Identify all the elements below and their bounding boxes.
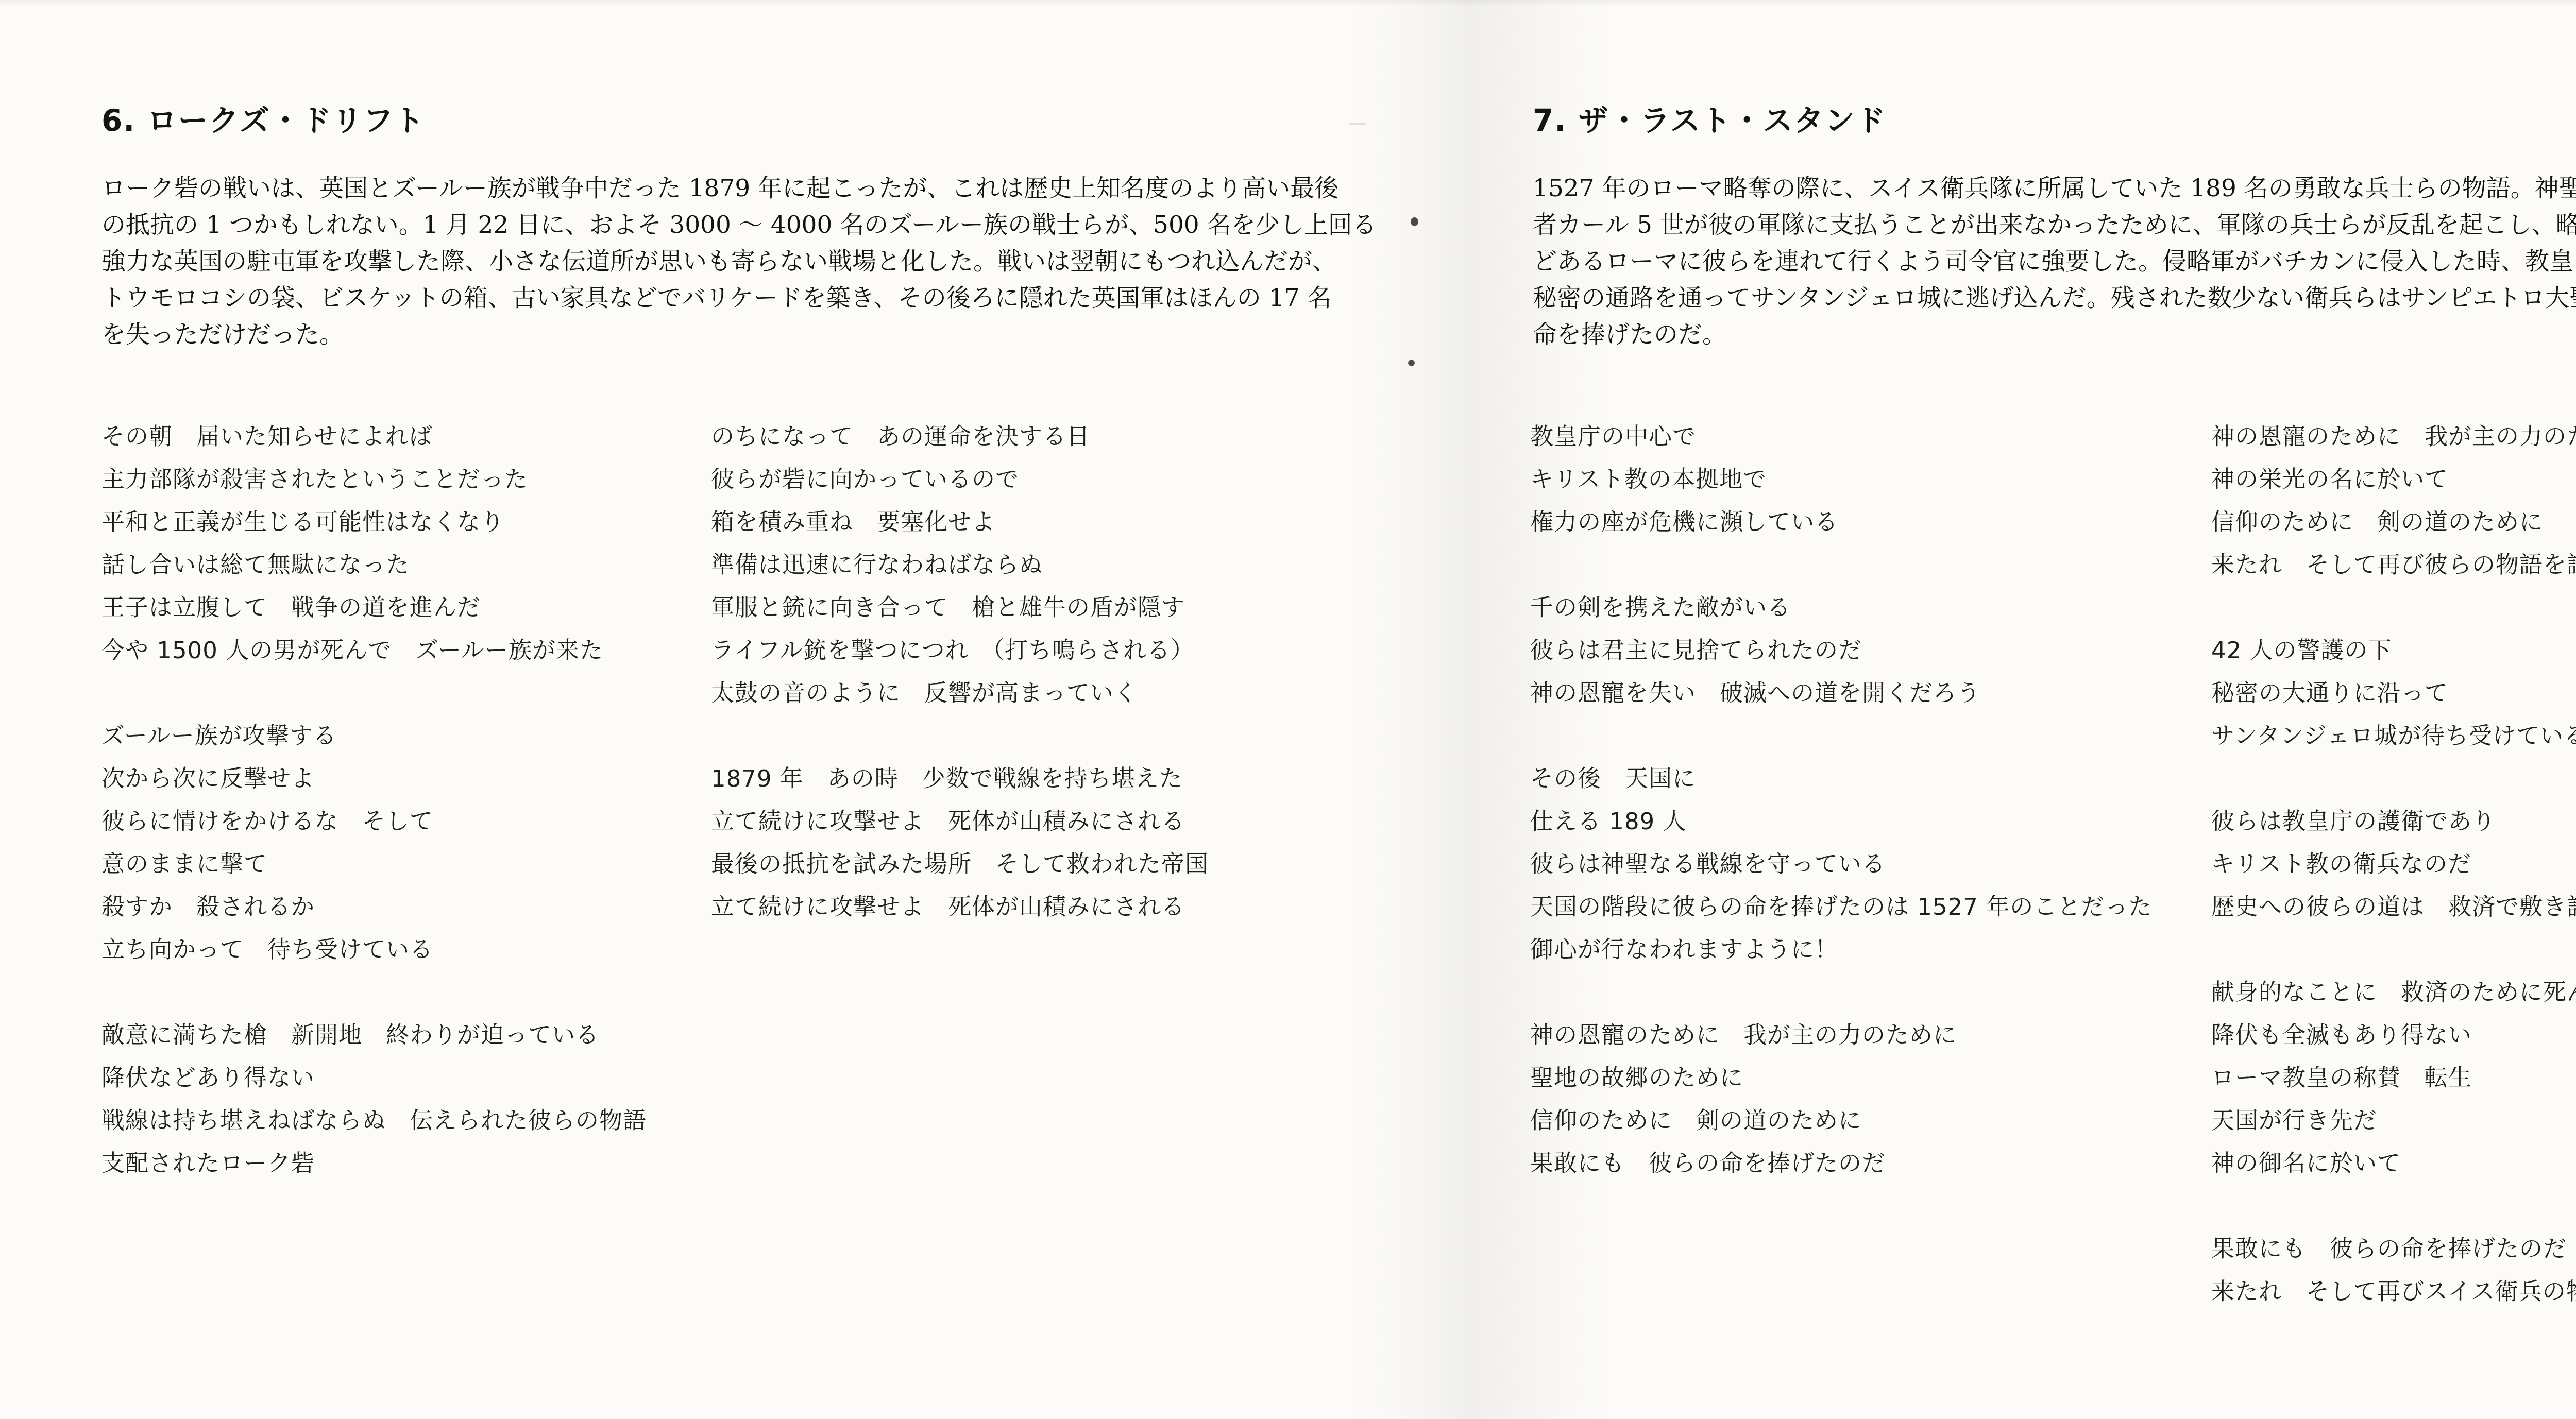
- lyric-line: 王子は立腹して 戦争の道を進んだ: [101, 586, 647, 629]
- lyric-line: 立ち向かって 待ち受けている: [101, 928, 647, 971]
- stanza: 果敢にも 彼らの命を捧げたのだ来たれ そして再びスイス衛兵の物語を語れ: [2211, 1227, 2576, 1313]
- lyric-line: 降伏も全滅もあり得ない: [2211, 1014, 2576, 1056]
- lyric-line: 御心が行なわれますように！: [1530, 928, 2152, 971]
- lyric-line: 天国の階段に彼らの命を捧げたのは 1527 年のことだった: [1530, 885, 2152, 928]
- stanza: 教皇庁の中心でキリスト教の本拠地で権力の座が危機に瀕している: [1530, 415, 2152, 543]
- intro-line: ローク砦の戦いは、英国とズールー族が戦争中だった 1879 年に起こったが、これ…: [101, 170, 1341, 207]
- stanza: のちになって あの運命を決する日彼らが砦に向かっているので箱を積み重ね 要塞化せ…: [711, 415, 1209, 714]
- stanza: 42 人の警護の下秘密の大通りに沿ってサンタンジェロ城が待ち受けている: [2211, 629, 2576, 757]
- lyric-line: 意のままに撃て: [101, 843, 647, 885]
- lyric-line: 歴史への彼らの道は 救済で敷き詰められている: [2211, 885, 2576, 928]
- lyric-line: 今や 1500 人の男が死んで ズールー族が来た: [101, 629, 647, 672]
- lyric-line: 彼らに情けをかけるな そして: [101, 800, 647, 843]
- stanza: 献身的なことに 救済のために死んでいく降伏も全滅もあり得ないローマ教皇の称賛 転…: [2211, 971, 2576, 1185]
- lyric-line: 神の栄光の名に於いて: [2211, 458, 2576, 501]
- intro-line: 1527 年のローマ略奪の際に、スイス衛兵隊に所属していた 189 名の勇敢な兵…: [1533, 170, 2576, 207]
- lyric-line: ライフル銃を撃つにつれ （打ち鳴らされる）: [711, 629, 1209, 672]
- lyric-line: 聖地の故郷のために: [1530, 1056, 2152, 1099]
- stanza: ズールー族が攻撃する次から次に反撃せよ彼らに情けをかけるな そして意のままに撃て…: [101, 714, 647, 971]
- lyric-line: 秘密の大通りに沿って: [2211, 672, 2576, 714]
- lyric-line: キリスト教の本拠地で: [1530, 458, 2152, 501]
- lyric-line: 来たれ そして再びスイス衛兵の物語を語れ: [2211, 1270, 2576, 1313]
- intro-line: どあるローマに彼らを連れて行くよう司令官に強要した。侵略軍がバチカンに侵入した時…: [1533, 243, 2576, 280]
- lyric-line: その後 天国に: [1530, 757, 2152, 800]
- lyric-line: 軍服と銃に向き合って 槍と雄牛の盾が隠す: [711, 586, 1209, 629]
- stanza: 1879 年 あの時 少数で戦線を持ち堪えた立て続けに攻撃せよ 死体が山積みにさ…: [711, 757, 1209, 928]
- lyric-line: 神の恩寵のために 我が主の力のために: [2211, 415, 2576, 458]
- intro-line: の抵抗の 1 つかもしれない。1 月 22 日に、およそ 3000 〜 4000…: [101, 207, 1341, 243]
- intro-line: トウモロコシの袋、ビスケットの箱、古い家具などでバリケードを築き、その後ろに隠れ…: [101, 280, 1341, 316]
- lyric-line: 果敢にも 彼らの命を捧げたのだ: [1530, 1142, 2152, 1185]
- stanza: 神の恩寵のために 我が主の力のために聖地の故郷のために信仰のために 剣の道のため…: [1530, 1014, 2152, 1185]
- intro-line: 命を捧げたのだ。: [1533, 316, 2576, 353]
- lyric-line: 準備は迅速に行なわねばならぬ: [711, 543, 1209, 586]
- lyric-line: 立て続けに攻撃せよ 死体が山積みにされる: [711, 885, 1209, 928]
- lyric-line: のちになって あの運命を決する日: [711, 415, 1209, 458]
- intro-line: を失っただけだった。: [101, 316, 1341, 353]
- lyric-line: 彼らは君主に見捨てられたのだ: [1530, 629, 2152, 672]
- track6-intro-paragraph: ローク砦の戦いは、英国とズールー族が戦争中だった 1879 年に起こったが、これ…: [101, 170, 1341, 353]
- lyric-line: その朝 届いた知らせによれば: [101, 415, 647, 458]
- lyric-line: 敵意に満ちた槍 新開地 終わりが迫っている: [101, 1014, 647, 1056]
- track6-title: 6. ロークズ・ドリフト: [101, 105, 425, 136]
- lyric-line: 平和と正義が生じる可能性はなくなり: [101, 501, 647, 543]
- lyric-line: 戦線は持ち堪えねばならぬ 伝えられた彼らの物語: [101, 1099, 647, 1142]
- lyric-line: 仕える 189 人: [1530, 800, 2152, 843]
- lyric-line: 権力の座が危機に瀕している: [1530, 501, 2152, 543]
- lyric-line: 彼らは教皇庁の護衛であり: [2211, 800, 2576, 843]
- lyric-line: 彼らは神聖なる戦線を守っている: [1530, 843, 2152, 885]
- lyric-line: 果敢にも 彼らの命を捧げたのだ: [2211, 1227, 2576, 1270]
- lyric-line: 彼らが砦に向かっているので: [711, 458, 1209, 501]
- lyric-line: 千の剣を携えた敵がいる: [1530, 586, 2152, 629]
- stanza: 神の恩寵のために 我が主の力のために神の栄光の名に於いて信仰のために 剣の道のた…: [2211, 415, 2576, 586]
- lyric-line: 神の恩寵を失い 破滅への道を開くだろう: [1530, 672, 2152, 714]
- lyric-line: 神の御名に於いて: [2211, 1142, 2576, 1185]
- lyric-line: 42 人の警護の下: [2211, 629, 2576, 672]
- lyric-line: サンタンジェロ城が待ち受けている: [2211, 714, 2576, 757]
- track7-title: 7. ザ・ラスト・スタンド: [1533, 105, 1887, 136]
- lyric-line: 信仰のために 剣の道のために: [1530, 1099, 2152, 1142]
- intro-line: 者カール 5 世が彼の軍隊に支払うことが出来なかったために、軍隊の兵士らが反乱を…: [1533, 207, 2576, 243]
- lyric-line: 箱を積み重ね 要塞化せよ: [711, 501, 1209, 543]
- lyric-line: 殺すか 殺されるか: [101, 885, 647, 928]
- lyric-line: 降伏などあり得ない: [101, 1056, 647, 1099]
- lyric-line: 教皇庁の中心で: [1530, 415, 2152, 458]
- lyric-line: ローマ教皇の称賛 転生: [2211, 1056, 2576, 1099]
- lyric-line: キリスト教の衛兵なのだ: [2211, 843, 2576, 885]
- intro-line: 強力な英国の駐屯軍を攻撃した際、小さな伝道所が思いも寄らない戦場と化した。戦いは…: [101, 243, 1341, 280]
- intro-line: 秘密の通路を通ってサンタンジェロ城に逃げ込んだ。残された数少ない衛兵らはサンピエ…: [1533, 280, 2576, 316]
- lyric-line: 来たれ そして再び彼らの物語を語れ: [2211, 543, 2576, 586]
- lyric-line: 話し合いは総て無駄になった: [101, 543, 647, 586]
- lyric-line: 立て続けに攻撃せよ 死体が山積みにされる: [711, 800, 1209, 843]
- stanza: その後 天国に仕える 189 人彼らは神聖なる戦線を守っている天国の階段に彼らの…: [1530, 757, 2152, 971]
- lyric-line: 太鼓の音のように 反響が高まっていく: [711, 672, 1209, 714]
- lyric-line: 最後の抵抗を試みた場所 そして救われた帝国: [711, 843, 1209, 885]
- lyric-line: 1879 年 あの時 少数で戦線を持ち堪えた: [711, 757, 1209, 800]
- lyric-line: ズールー族が攻撃する: [101, 714, 647, 757]
- lyric-line: 神の恩寵のために 我が主の力のために: [1530, 1014, 2152, 1056]
- lyric-line: 主力部隊が殺害されたということだった: [101, 458, 647, 501]
- track7-intro-paragraph: 1527 年のローマ略奪の際に、スイス衛兵隊に所属していた 189 名の勇敢な兵…: [1533, 170, 2576, 353]
- stanza: 千の剣を携えた敵がいる彼らは君主に見捨てられたのだ神の恩寵を失い 破滅への道を開…: [1530, 586, 2152, 714]
- track6-lyrics-column-2: のちになって あの運命を決する日彼らが砦に向かっているので箱を積み重ね 要塞化せ…: [711, 415, 1209, 971]
- track7-lyrics-column-1: 教皇庁の中心でキリスト教の本拠地で権力の座が危機に瀕している千の剣を携えた敵がい…: [1530, 415, 2152, 1227]
- lyric-line: 支配されたローク砦: [101, 1142, 647, 1185]
- lyric-line: 献身的なことに 救済のために死んでいく: [2211, 971, 2576, 1014]
- stanza: その朝 届いた知らせによれば主力部隊が殺害されたということだった平和と正義が生じ…: [101, 415, 647, 672]
- lyric-line: 信仰のために 剣の道のために: [2211, 501, 2576, 543]
- lyric-line: 天国が行き先だ: [2211, 1099, 2576, 1142]
- track6-lyrics-column-1: その朝 届いた知らせによれば主力部隊が殺害されたということだった平和と正義が生じ…: [101, 415, 647, 1227]
- stanza: 敵意に満ちた槍 新開地 終わりが迫っている降伏などあり得ない戦線は持ち堪えねばな…: [101, 1014, 647, 1185]
- stanza: 彼らは教皇庁の護衛でありキリスト教の衛兵なのだ歴史への彼らの道は 救済で敷き詰め…: [2211, 800, 2576, 928]
- track7-lyrics-column-2: 神の恩寵のために 我が主の力のために神の栄光の名に於いて信仰のために 剣の道のた…: [2211, 415, 2576, 1356]
- lyric-line: 次から次に反撃せよ: [101, 757, 647, 800]
